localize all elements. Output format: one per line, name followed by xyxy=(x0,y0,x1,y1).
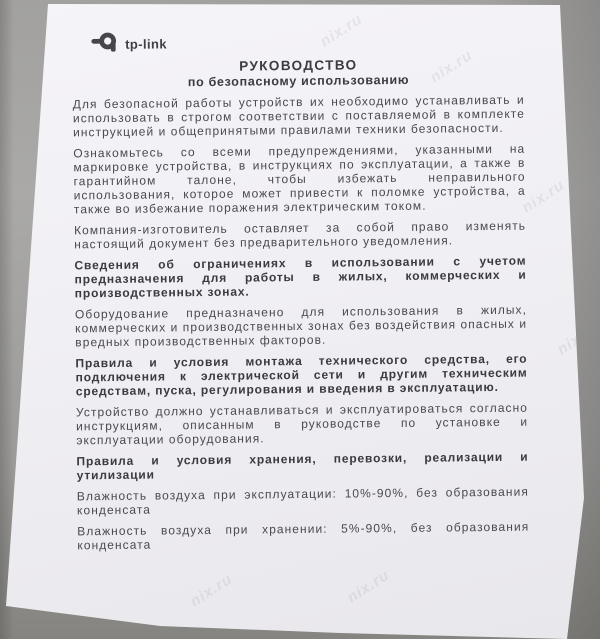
paragraph: Правила и условия монтажа технического с… xyxy=(75,352,527,399)
paragraph: Устройство должно устанавливаться и эксп… xyxy=(76,401,528,448)
paragraphs: Для безопасной работы устройств их необх… xyxy=(73,93,530,553)
document-content: tp-link РУКОВОДСТВО по безопасному испол… xyxy=(72,28,529,560)
paragraph: Для безопасной работы устройств их необх… xyxy=(73,93,525,140)
brand-wordmark: tp-link xyxy=(125,36,167,51)
paragraph: Компания-изготовитель оставляет за собой… xyxy=(74,219,526,252)
tp-link-logo-icon xyxy=(90,32,120,56)
paragraph: Оборудование предназначено для использов… xyxy=(75,303,527,350)
paragraph: Влажность воздуха при хранении: 5%-90%, … xyxy=(77,520,529,553)
tp-link-logo: tp-link xyxy=(90,28,524,57)
photo-background: tp-link РУКОВОДСТВО по безопасному испол… xyxy=(0,0,600,639)
paragraph: Влажность воздуха при эксплуатации: 10%-… xyxy=(77,485,529,518)
paragraph: Правила и условия хранения, перевозки, р… xyxy=(76,450,528,483)
paragraph: Ознакомьтесь со всеми предупреждениями, … xyxy=(73,142,526,217)
paragraph: Сведения об ограничениях в использовании… xyxy=(74,254,526,301)
